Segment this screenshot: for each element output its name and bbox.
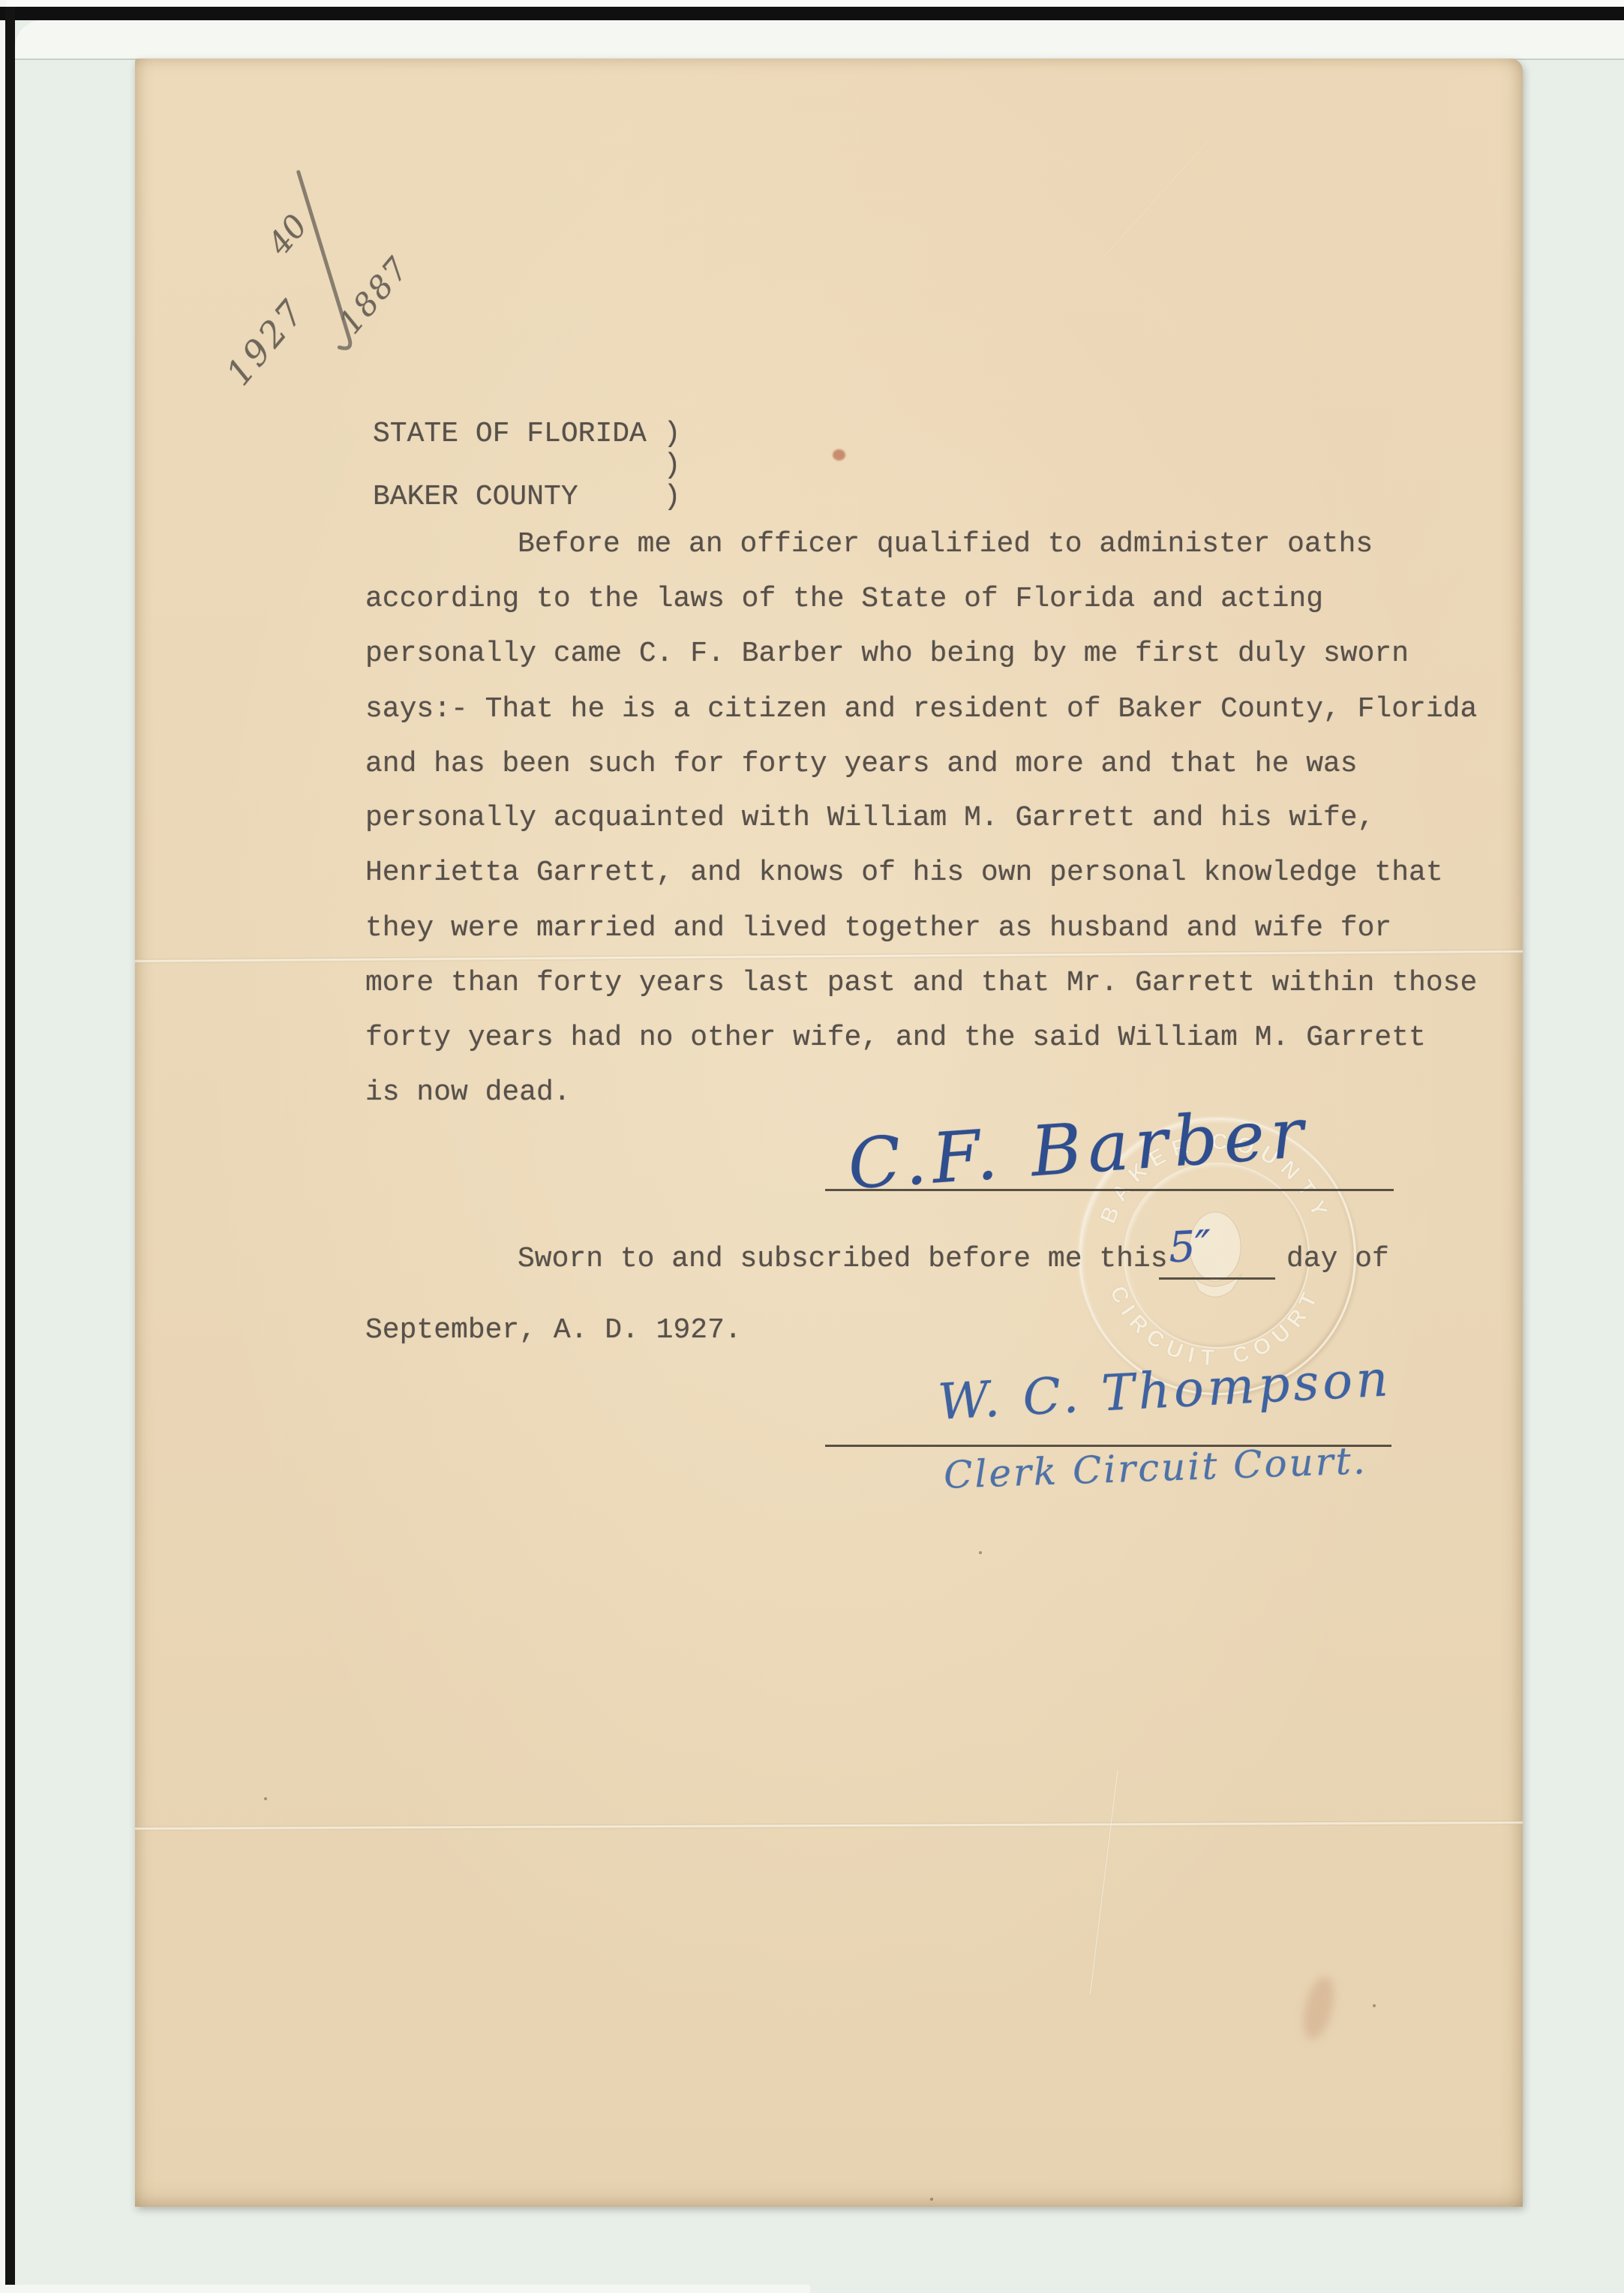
paper-speck [979, 1551, 982, 1554]
paper-speck [264, 1797, 267, 1800]
venue-bracket-line: ) [373, 449, 680, 483]
body-line-1: Before me an officer qualified to admini… [518, 527, 1373, 562]
brown-smudge [1298, 1973, 1340, 2042]
scanned-document-page: 1927 40 1887 BAKER COUNTY CIRCUIT COURT [0, 0, 1624, 2293]
scan-frame-top-bar [0, 7, 1624, 20]
pencil-filing-annotation: 1927 40 1887 [164, 131, 489, 461]
paper-speck [930, 2198, 933, 2201]
crinkle-top-right [1103, 140, 1209, 257]
fold-crease-upper [135, 950, 1523, 964]
body-line-5: and has been such for forty years and mo… [365, 747, 1358, 782]
affidavit-paper: 1927 40 1887 BAKER COUNTY CIRCUIT COURT [135, 59, 1523, 2207]
body-line-9: more than forty years last past and that… [365, 966, 1477, 1001]
body-line-4: says:- That he is a citizen and resident… [365, 692, 1477, 727]
fold-crease-lower [135, 1820, 1523, 1831]
body-line-10: forty years had no other wife, and the s… [365, 1021, 1426, 1055]
body-line-3: personally came C. F. Barber who being b… [365, 637, 1409, 671]
officer-title-handwritten: Clerk Circuit Court. [943, 1439, 1367, 1497]
jurat-date-line: September, A. D. 1927. [365, 1313, 742, 1348]
rust-stain [833, 449, 845, 461]
scanner-edge-bottom [0, 2285, 810, 2293]
body-line-8: they were married and lived together as … [365, 911, 1391, 946]
handwritten-day-number: 5″ [1167, 1222, 1212, 1273]
day-blank-line [1159, 1277, 1275, 1280]
jurat-tail: day of [1286, 1242, 1389, 1277]
body-line-6: personally acquainted with William M. Ga… [365, 801, 1374, 836]
scanner-edge-top [0, 0, 1624, 7]
officer-signature: W. C. Thompson [936, 1349, 1393, 1431]
venue-state-line: STATE OF FLORIDA ) [373, 417, 680, 452]
body-line-2: according to the laws of the State of Fl… [365, 582, 1323, 617]
body-line-11: is now dead. [365, 1076, 571, 1110]
crinkle-vertical [1089, 1771, 1119, 1994]
paper-speck [1373, 2004, 1376, 2007]
sleeve-top-band [15, 20, 1624, 60]
venue-county-line: BAKER COUNTY ) [373, 480, 680, 515]
jurat-lead: Sworn to and subscribed before me this [518, 1242, 1168, 1277]
scan-frame-left-bar [5, 7, 15, 2289]
body-line-7: Henrietta Garrett, and knows of his own … [365, 856, 1443, 890]
